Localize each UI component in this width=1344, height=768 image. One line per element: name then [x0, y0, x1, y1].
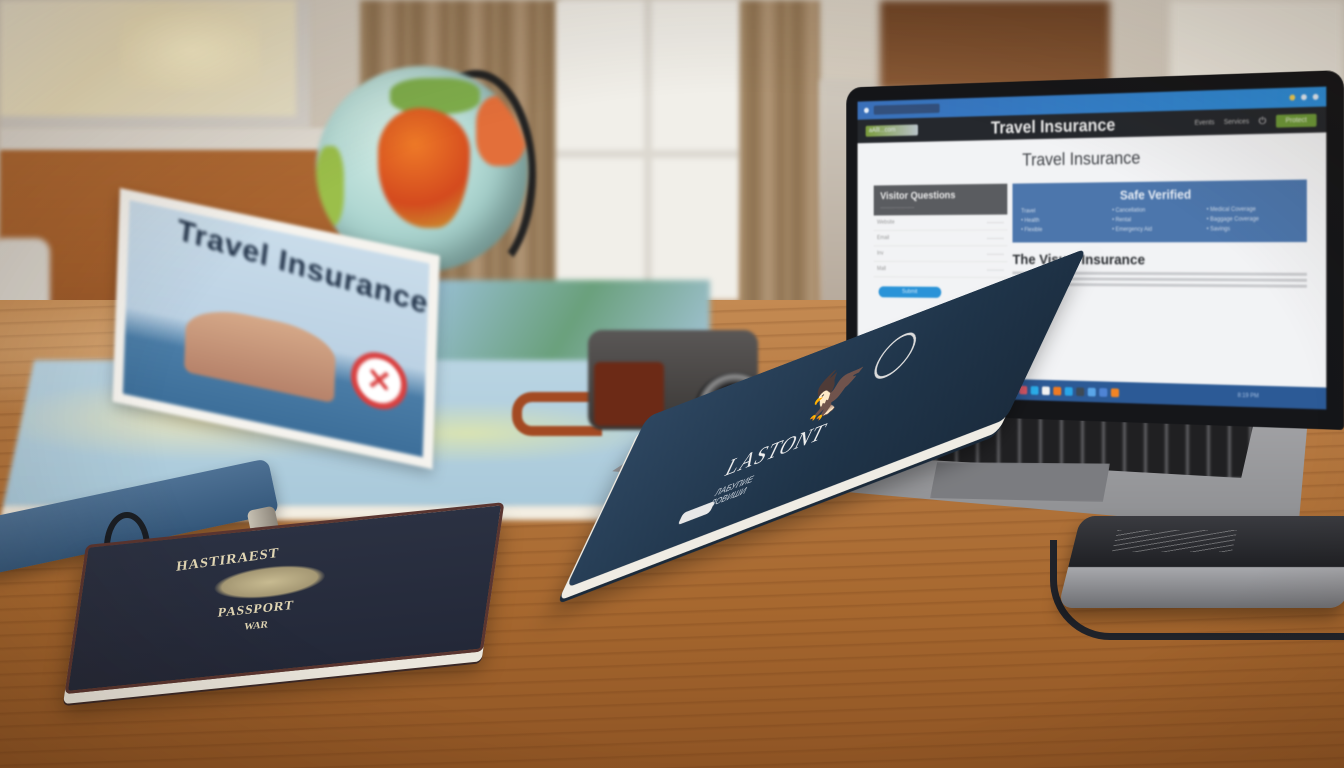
power-icon[interactable]: ⏻ — [1259, 116, 1267, 127]
menu-icon[interactable] — [1313, 94, 1319, 100]
coverage-item[interactable]: • Emergency Aid — [1112, 227, 1199, 233]
form-row[interactable]: Inv ............ — [874, 246, 1008, 262]
form-row[interactable]: Website ............ — [874, 215, 1008, 231]
page-title: Travel Insurance — [858, 144, 1327, 173]
taskbar-app-icon[interactable] — [1110, 388, 1118, 397]
coverage-panel: Safe Verified Travel • Cancellation • Me… — [1012, 180, 1306, 243]
taskbar-clock: 8:19 PM — [1238, 393, 1259, 400]
submit-button[interactable]: Submit — [879, 286, 942, 298]
form-row[interactable]: Email ............ — [874, 230, 1008, 246]
form-header: Visitor Questions ......................… — [874, 184, 1008, 216]
coverage-item[interactable]: Travel — [1021, 208, 1105, 214]
coverage-item[interactable]: • Savings — [1207, 226, 1298, 232]
form-row[interactable]: Mall ............ — [874, 262, 1008, 278]
taskbar-app-icon[interactable] — [1099, 388, 1107, 397]
extension-icon[interactable] — [1289, 95, 1295, 101]
lifebuoy-icon: ✕ — [350, 347, 408, 414]
coverage-heading: Safe Verified — [1021, 186, 1297, 204]
protect-button[interactable]: Protect — [1276, 113, 1317, 127]
taskbar-app-icon[interactable] — [1087, 387, 1095, 396]
ship-icon — [184, 302, 336, 403]
seal-icon — [867, 327, 924, 385]
eagle-emblem-icon: 🦅 — [796, 354, 873, 431]
taskbar-app-icon[interactable] — [1076, 387, 1084, 396]
browser-icon — [864, 108, 869, 114]
nav-link-services[interactable]: Services — [1224, 118, 1249, 126]
site-logo[interactable]: aAllI...com — [866, 124, 918, 136]
coverage-item[interactable]: • Cancellation — [1112, 207, 1199, 213]
visitor-form: Visitor Questions ......................… — [874, 184, 1008, 299]
coverage-item[interactable]: • Medical Coverage — [1207, 206, 1298, 213]
taskbar-app-icon[interactable] — [1064, 387, 1072, 396]
shelf — [880, 0, 1110, 90]
coverage-item[interactable]: • Health — [1021, 218, 1105, 224]
browser-tab[interactable] — [874, 104, 940, 115]
taskbar-app-icon[interactable] — [1053, 386, 1061, 395]
coverage-item[interactable]: • Flexible — [1021, 227, 1105, 233]
laptop-trackpad — [930, 462, 1110, 502]
photo-scene: Travel Insurance ✕ aAllI...com Travel In… — [0, 0, 1344, 768]
window-center — [556, 0, 740, 300]
taskbar-app-icon[interactable] — [1042, 386, 1050, 395]
profile-icon[interactable] — [1301, 94, 1307, 100]
window-sill — [0, 128, 330, 152]
taskbar-app-icon[interactable] — [1030, 386, 1038, 395]
window-left — [0, 0, 310, 130]
power-bank — [1058, 516, 1344, 608]
coverage-item[interactable]: • Rental — [1112, 217, 1199, 223]
nav-link-events[interactable]: Events — [1195, 119, 1215, 126]
site-title: Travel Insurance — [926, 113, 1185, 139]
coverage-item[interactable]: • Baggage Coverage — [1207, 216, 1298, 222]
biometric-chip-icon — [678, 501, 716, 525]
curtain — [740, 0, 820, 320]
